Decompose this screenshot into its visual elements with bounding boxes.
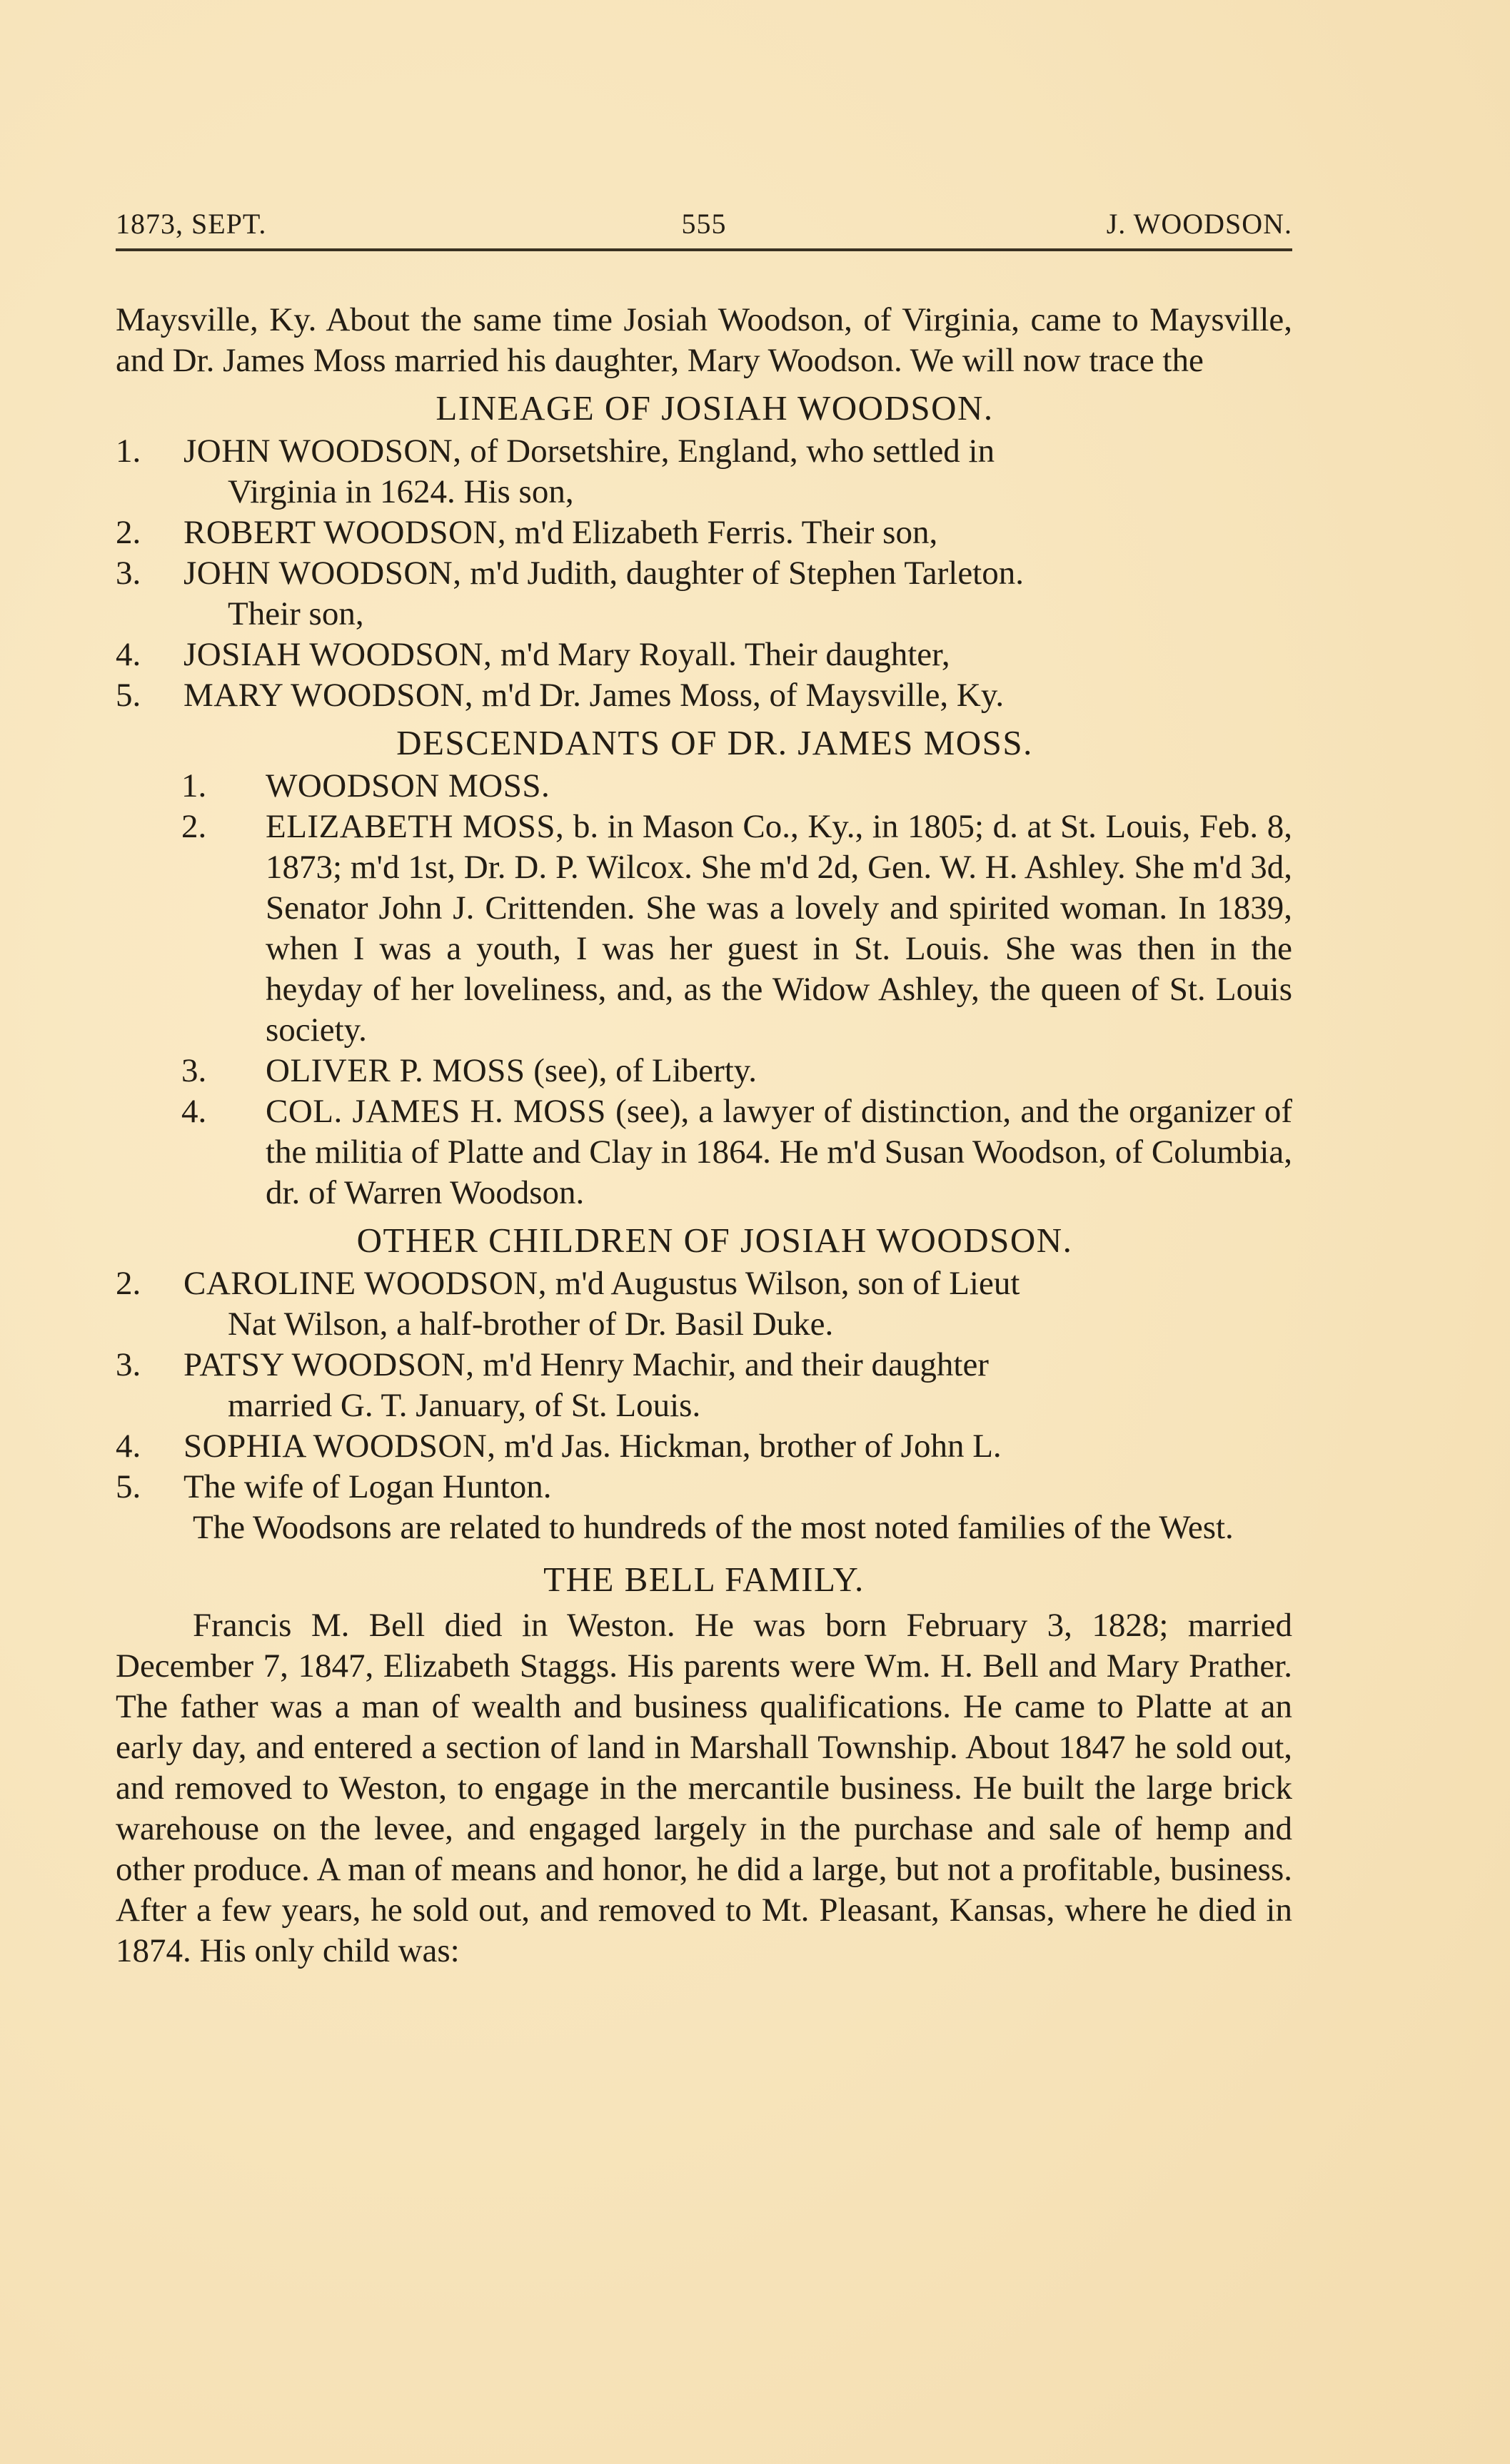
descendant-entry: 1.WOODSON MOSS.: [116, 766, 1292, 807]
entry-continuation: Their son,: [183, 594, 1292, 635]
entry-number: 3.: [181, 1051, 266, 1091]
entry-name: JOHN WOODSON,: [183, 433, 461, 470]
entry-name: ELIZABETH MOSS,: [266, 808, 564, 845]
entry-name: SOPHIA WOODSON,: [183, 1428, 496, 1465]
child-entry: 2.CAROLINE WOODSON, m'd Augustus Wilson,…: [116, 1263, 1292, 1345]
entry-name: MARY WOODSON,: [183, 677, 473, 714]
page-body: Maysville, Ky. About the same time Josia…: [116, 300, 1292, 1971]
entry-text: m'd Elizabeth Ferris. Their son,: [506, 514, 937, 551]
entry-text: of Dorsetshire, England, who settled in: [461, 433, 995, 470]
entry-text: m'd Mary Royall. Their daughter,: [492, 636, 950, 673]
entry-number: 5.: [116, 675, 183, 716]
other-children-list: 2.CAROLINE WOODSON, m'd Augustus Wilson,…: [116, 1263, 1292, 1508]
entry-number: 4.: [116, 635, 183, 675]
entry-number: 1.: [181, 766, 266, 807]
descendants-list: 1.WOODSON MOSS. 2.ELIZABETH MOSS, b. in …: [116, 766, 1292, 1213]
lineage-heading: LINEAGE OF JOSIAH WOODSON.: [116, 387, 1292, 430]
entry-name: WOODSON MOSS.: [266, 767, 550, 804]
child-entry: 3.PATSY WOODSON, m'd Henry Machir, and t…: [116, 1345, 1292, 1426]
entry-name: JOSIAH WOODSON,: [183, 636, 492, 673]
book-page: 1873, SEPT. 555 J. WOODSON. Maysville, K…: [116, 207, 1292, 1971]
entry-text: m'd Dr. James Moss, of Maysville, Ky.: [473, 677, 1004, 714]
entry-continuation: married G. T. January, of St. Louis.: [183, 1385, 1292, 1426]
entry-text: (see), of Liberty.: [525, 1052, 757, 1089]
descendants-heading: DESCENDANTS OF DR. JAMES MOSS.: [116, 722, 1292, 764]
lineage-entry: 2.ROBERT WOODSON, m'd Elizabeth Ferris. …: [116, 513, 1292, 553]
intro-paragraph: Maysville, Ky. About the same time Josia…: [116, 300, 1292, 381]
child-entry: 5.The wife of Logan Hunton.: [116, 1467, 1292, 1508]
page-number: 555: [682, 207, 727, 241]
woodsons-closing-paragraph: The Woodsons are related to hundreds of …: [116, 1508, 1292, 1548]
entry-name: ROBERT WOODSON,: [183, 514, 506, 551]
descendant-entry: 3.OLIVER P. MOSS (see), of Liberty.: [116, 1051, 1292, 1091]
entry-number: 2.: [116, 513, 183, 553]
entry-number: 4.: [181, 1091, 266, 1132]
entry-name: JOHN WOODSON,: [183, 555, 461, 592]
bell-family-heading: THE BELL FAMILY.: [116, 1558, 1292, 1601]
entry-name: OLIVER P. MOSS: [266, 1052, 525, 1089]
entry-text: m'd Jas. Hickman, brother of John L.: [496, 1428, 1002, 1465]
entry-number: 4.: [116, 1426, 183, 1467]
entry-text: m'd Judith, daughter of Stephen Tarleton…: [461, 555, 1024, 592]
bell-family-paragraph: Francis M. Bell died in Weston. He was b…: [116, 1605, 1292, 1971]
entry-number: 2.: [116, 1263, 183, 1304]
descendant-entry: 2.ELIZABETH MOSS, b. in Mason Co., Ky., …: [116, 807, 1292, 1051]
entry-text: m'd Augustus Wilson, son of Lieut: [547, 1265, 1020, 1302]
lineage-entry: 5.MARY WOODSON, m'd Dr. James Moss, of M…: [116, 675, 1292, 716]
child-entry: 4.SOPHIA WOODSON, m'd Jas. Hickman, brot…: [116, 1426, 1292, 1467]
entry-number: 1.: [116, 431, 183, 472]
entry-number: 3.: [116, 1345, 183, 1385]
entry-text: m'd Henry Machir, and their daughter: [474, 1346, 989, 1383]
lineage-list: 1.JOHN WOODSON, of Dorsetshire, England,…: [116, 431, 1292, 716]
entry-continuation: Virginia in 1624. His son,: [183, 472, 1292, 513]
running-head: 1873, SEPT. 555 J. WOODSON.: [116, 207, 1292, 251]
entry-continuation: Nat Wilson, a half-brother of Dr. Basil …: [183, 1304, 1292, 1345]
lineage-entry: 1.JOHN WOODSON, of Dorsetshire, England,…: [116, 431, 1292, 513]
lineage-entry: 4.JOSIAH WOODSON, m'd Mary Royall. Their…: [116, 635, 1292, 675]
lineage-entry: 3.JOHN WOODSON, m'd Judith, daughter of …: [116, 553, 1292, 635]
entry-number: 2.: [181, 807, 266, 847]
descendant-entry: 4.COL. JAMES H. MOSS (see), a lawyer of …: [116, 1091, 1292, 1213]
entry-number: 3.: [116, 553, 183, 594]
other-children-heading: OTHER CHILDREN OF JOSIAH WOODSON.: [116, 1219, 1292, 1262]
entry-name: COL. JAMES H. MOSS: [266, 1093, 606, 1130]
entry-name: CAROLINE WOODSON,: [183, 1265, 547, 1302]
running-head-title: J. WOODSON.: [1107, 207, 1292, 241]
entry-number: 5.: [116, 1467, 183, 1508]
entry-text: The wife of Logan Hunton.: [183, 1468, 552, 1505]
entry-name: PATSY WOODSON,: [183, 1346, 474, 1383]
running-head-date: 1873, SEPT.: [116, 207, 266, 241]
